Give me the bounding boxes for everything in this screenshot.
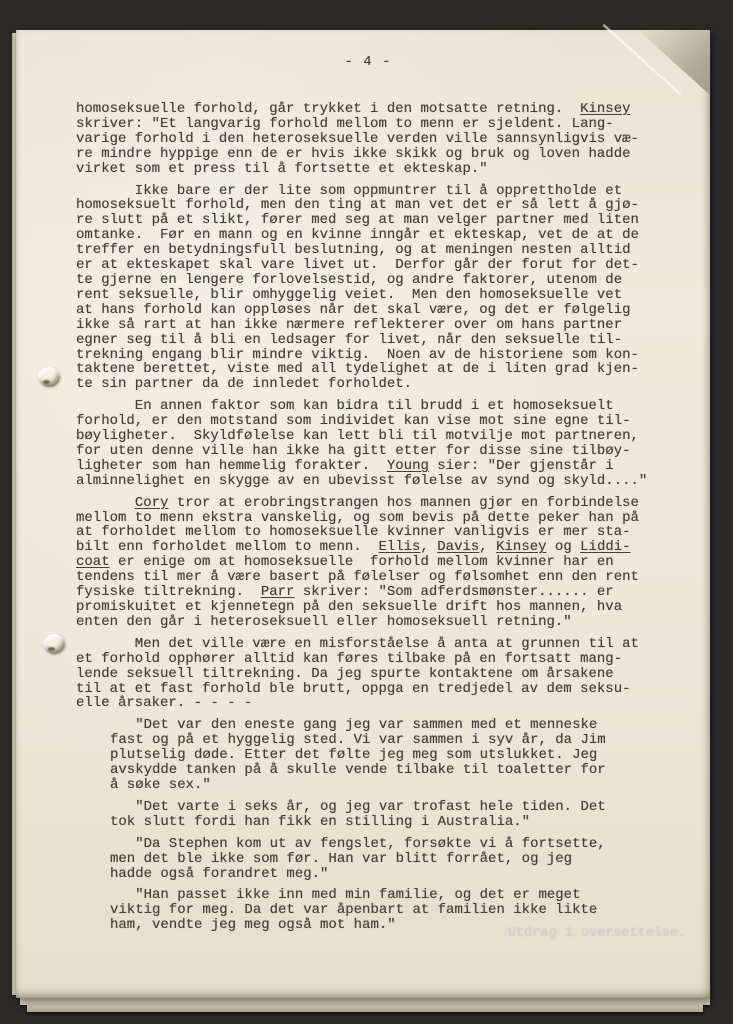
text-line: hadde også forandret meg.": [110, 867, 668, 882]
text-line: tok slutt fordi han fikk en stilling i A…: [110, 815, 668, 830]
punch-hole-top: [38, 367, 60, 387]
paragraph-block: Men det ville være en misforståelse å an…: [76, 637, 668, 712]
text-line: for uten denne ville han ikke ha gitt et…: [76, 444, 668, 459]
quote-block: "Det var den eneste gang jeg var sammen …: [110, 718, 668, 793]
hole-shadow: [43, 380, 50, 384]
text-line: enten den går i heteroseksuell eller hom…: [76, 615, 668, 630]
text-line: treffer en betydningsfull beslutning, og…: [76, 243, 668, 258]
text-line: avskydde tanken på å skulle vende tilbak…: [110, 763, 668, 778]
text-line: re mindre hyppige enn de er hvis ikke sk…: [76, 147, 668, 162]
quote-block: "Det varte i seks år, og jeg var trofast…: [110, 800, 668, 830]
text-line: Men det ville være en misforståelse å an…: [76, 637, 668, 652]
text-line: promiskuitet et kjennetegn på den seksue…: [76, 600, 668, 615]
text-line: lende seksuell tiltrekning. Da jeg spurt…: [76, 667, 668, 682]
text-line: homoseksuelle forhold, går trykket i den…: [76, 102, 668, 117]
text-line: men det ble ikke som før. Han var blitt …: [110, 852, 668, 867]
text-line: plutselig døde. Etter det følte jeg meg …: [110, 748, 668, 763]
text-line: forhold, er den motstand som individet k…: [76, 414, 668, 429]
text-line: alminnelighet en skygge av en ubevisst f…: [76, 474, 668, 489]
text-line: elle årsaker. - - - -: [76, 696, 668, 711]
quote-block: "Da Stephen kom ut av fengslet, forsøkte…: [110, 837, 668, 882]
text-line: egner seg til å bli en ledsager for live…: [76, 333, 668, 348]
paragraph-block: homoseksuelle forhold, går trykket i den…: [76, 102, 668, 177]
text-line: ligheter som han hemmelig forakter. Youn…: [76, 459, 668, 474]
text-line: fysiske tiltrekning. Parr skriver: "Som …: [76, 585, 668, 600]
text-line: Cory tror at erobringstrangen hos mannen…: [76, 496, 668, 511]
punch-hole-bottom: [43, 634, 65, 654]
text-line: ikke så rart at han ikke nærmere reflekt…: [76, 318, 668, 333]
text-line: coat er enige om at homoseksuelle forhol…: [76, 555, 668, 570]
text-line: skriver: "Et langvarig forhold mellom to…: [76, 117, 668, 132]
paragraph-block: En annen faktor som kan bidra til brudd …: [76, 399, 668, 488]
page-number: - 4 -: [76, 54, 660, 70]
text-line: virket som et press til å fortsette et e…: [76, 162, 668, 177]
text-line: fast og på et hyggelig sted. Vi var samm…: [110, 733, 668, 748]
paragraph-block: Ikke bare er der lite som oppmuntrer til…: [76, 184, 668, 393]
text-line: å søke sex.": [110, 778, 668, 793]
text-line: at hans forhold kan oppløses når det ska…: [76, 303, 668, 318]
paragraph-block: Cory tror at erobringstrangen hos mannen…: [76, 496, 668, 630]
text-line: re slutt på et slikt, fører med seg at m…: [76, 213, 668, 228]
text-line: bøyligheter. Skyldfølelse kan lett bli t…: [76, 429, 668, 444]
hole-shadow: [48, 647, 55, 651]
text-line: varige forhold i den heteroseksuelle ver…: [76, 132, 668, 147]
text-line: "Det varte i seks år, og jeg var trofast…: [110, 800, 668, 815]
text-line: rent seksuelle, blir omhyggelig veiet. M…: [76, 288, 668, 303]
text-line: tendens til mer å være basert på følelse…: [76, 570, 668, 585]
text-line: omtanke. Før en mann og en kvinne inngår…: [76, 228, 668, 243]
text-line: viktig for meg. Da det var åpenbart at f…: [110, 903, 668, 918]
text-line: te sin partner da de innledet forholdet.: [76, 377, 668, 392]
text-line: "Da Stephen kom ut av fengslet, forsøkte…: [110, 837, 668, 852]
text-line: En annen faktor som kan bidra til brudd …: [76, 399, 668, 414]
text-line: et forhold opphører alltid kan føres til…: [76, 652, 668, 667]
text-body: homoseksuelle forhold, går trykket i den…: [76, 102, 668, 940]
text-line: er at ekteskapet skal vare livet ut. Der…: [76, 258, 668, 273]
text-line: te gjerne en lengere forlovelsestid, og …: [76, 273, 668, 288]
scanned-page: - 4 - homoseksuelle forhold, går trykket…: [16, 30, 710, 998]
text-line: "Det var den eneste gang jeg var sammen …: [110, 718, 668, 733]
sheet-edge-under: [27, 1005, 703, 1012]
ghost-bleedthrough-text: Utdrag i oversettelse.: [508, 926, 686, 941]
